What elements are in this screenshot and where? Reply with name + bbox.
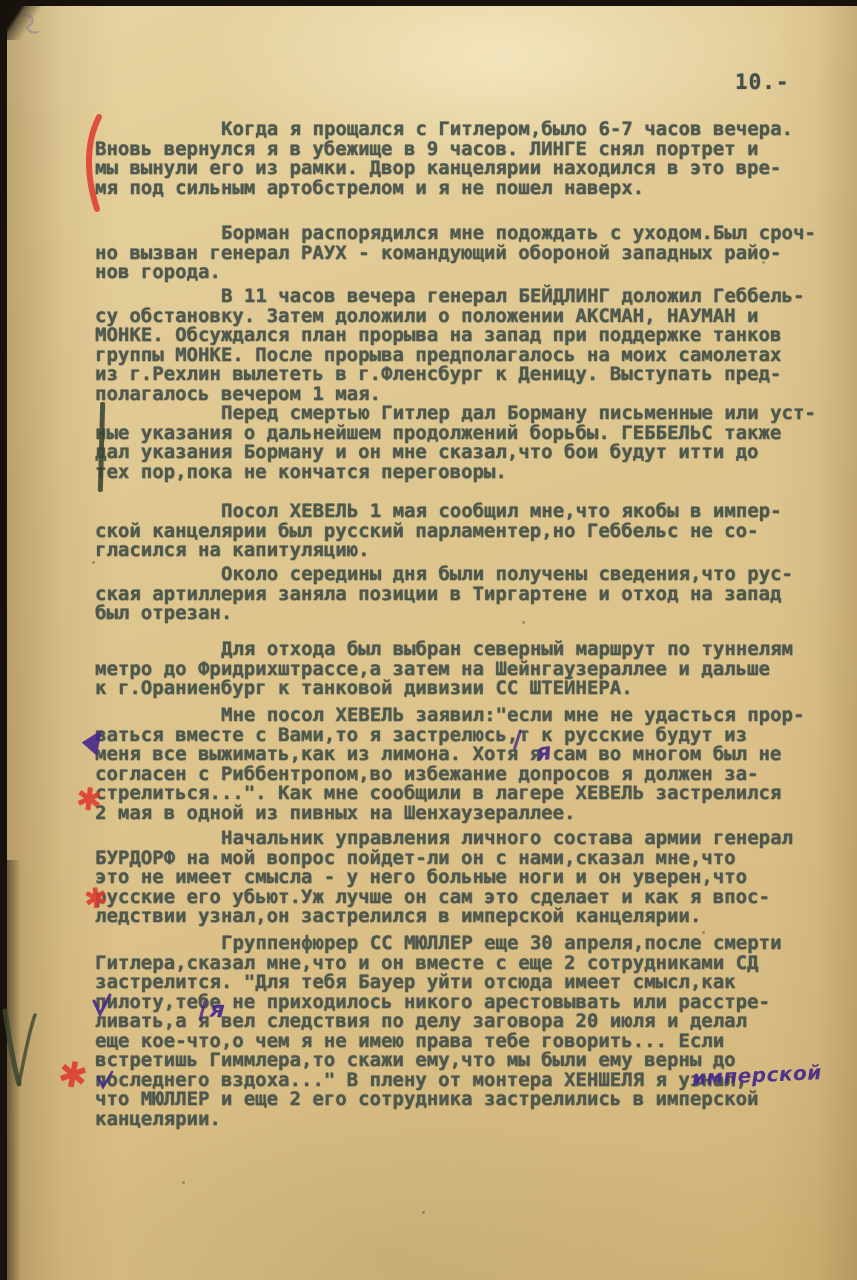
typed-line: Когда я прощался с Гитлером,было 6-7 час… xyxy=(95,120,807,140)
typed-line: Перед смертью Гитлер дал Борману письмен… xyxy=(95,404,807,424)
typed-line: В 11 часов вечера генерал БЕЙДЛИНГ долож… xyxy=(95,287,807,307)
typed-line: дал указания Борману и он мне сказал,что… xyxy=(95,443,807,463)
typed-line: тех пор,пока не кончатся переговоры. xyxy=(95,463,807,483)
typed-line: был отрезан. xyxy=(95,604,807,624)
red-bracket-icon xyxy=(82,114,106,214)
typed-line: Группенфюрер СС МЮЛЛЕР еще 30 апреля,пос… xyxy=(95,934,807,954)
typed-line: 2 мая в одной из пивных на Шенхаузералле… xyxy=(95,804,807,824)
typed-line: канцелярии. xyxy=(95,1110,807,1130)
purple-checkmark-icon xyxy=(91,993,113,1017)
faint-ink-scribble xyxy=(20,12,44,38)
typed-line: это не имеет смысла - у него больные ног… xyxy=(95,868,807,888)
typed-line: Начальник управления личного состава арм… xyxy=(95,829,807,849)
paragraph: Перед смертью Гитлер дал Борману письмен… xyxy=(95,404,807,482)
typed-line: Около середины дня были получены сведени… xyxy=(95,565,807,585)
document-scan: 10.- Когда я прощался с Гитлером,было 6-… xyxy=(0,0,857,1280)
typed-line: стрелиться...". Как мне сообщили в лагер… xyxy=(95,784,807,804)
red-asterisk-icon: ✱ xyxy=(83,881,109,916)
paragraph: Около середины дня были получены сведени… xyxy=(95,565,807,624)
typed-line: нов города. xyxy=(95,263,807,283)
handwritten-insert-ya: я xyxy=(209,997,226,1024)
typed-line: Посол ХЕВЕЛЬ 1 мая сообщил мне,что якобы… xyxy=(95,502,807,522)
typed-line: Мне посол ХЕВЕЛЬ заявил:"если мне не уда… xyxy=(95,706,807,726)
dark-checkmark-icon xyxy=(1,1006,39,1094)
purple-checkmark-icon xyxy=(96,1070,114,1090)
red-asterisk-icon: ✱ xyxy=(74,781,104,820)
typed-line: Для отхода был выбран северный маршрут п… xyxy=(95,640,807,660)
typed-line: из г.Рехлин вылететь в г.Фленсбург к Ден… xyxy=(95,365,807,385)
typed-line: что МЮЛЛЕР и еще 2 его сотрудника застре… xyxy=(95,1090,807,1110)
typed-line: гласился на капитуляцию. xyxy=(95,541,807,561)
paragraph: В 11 часов вечера генерал БЕЙДЛИНГ долож… xyxy=(95,287,807,404)
paragraph: Мне посол ХЕВЕЛЬ заявил:"если мне не уда… xyxy=(95,706,807,823)
typed-line: меня все выжимать,как из лимона. Хотя я … xyxy=(95,745,807,765)
typed-line: МОНКЕ. Обсуждался план прорыва на запад … xyxy=(95,326,807,346)
typed-line: Борман распорядился мне подождать с уход… xyxy=(95,224,807,244)
paragraph: Группенфюрер СС МЮЛЛЕР еще 30 апреля,пос… xyxy=(95,934,807,1129)
typed-line: ледствии узнал,он застрелился в имперско… xyxy=(95,907,807,927)
paragraph: Посол ХЕВЕЛЬ 1 мая сообщил мне,что якобы… xyxy=(95,502,807,561)
paragraph: Начальник управления личного состава арм… xyxy=(95,829,807,927)
paragraph: Борман распорядился мне подождать с уход… xyxy=(95,224,807,283)
typed-line: к г.Ораниенбург к танковой дивизии СС ШТ… xyxy=(95,679,807,699)
purple-arrow-icon xyxy=(79,729,107,759)
typed-line: мы вынули его из рамки. Двор канцелярии … xyxy=(95,159,807,179)
paragraph: Когда я прощался с Гитлером,было 6-7 час… xyxy=(95,120,807,198)
paragraph: Для отхода был выбран северный маршрут п… xyxy=(95,640,807,699)
typed-line: мя под сильным артобстрелом и я не пошел… xyxy=(95,179,807,199)
typed-line: застрелится. "Для тебя Бауер уйти отсюда… xyxy=(95,973,807,993)
